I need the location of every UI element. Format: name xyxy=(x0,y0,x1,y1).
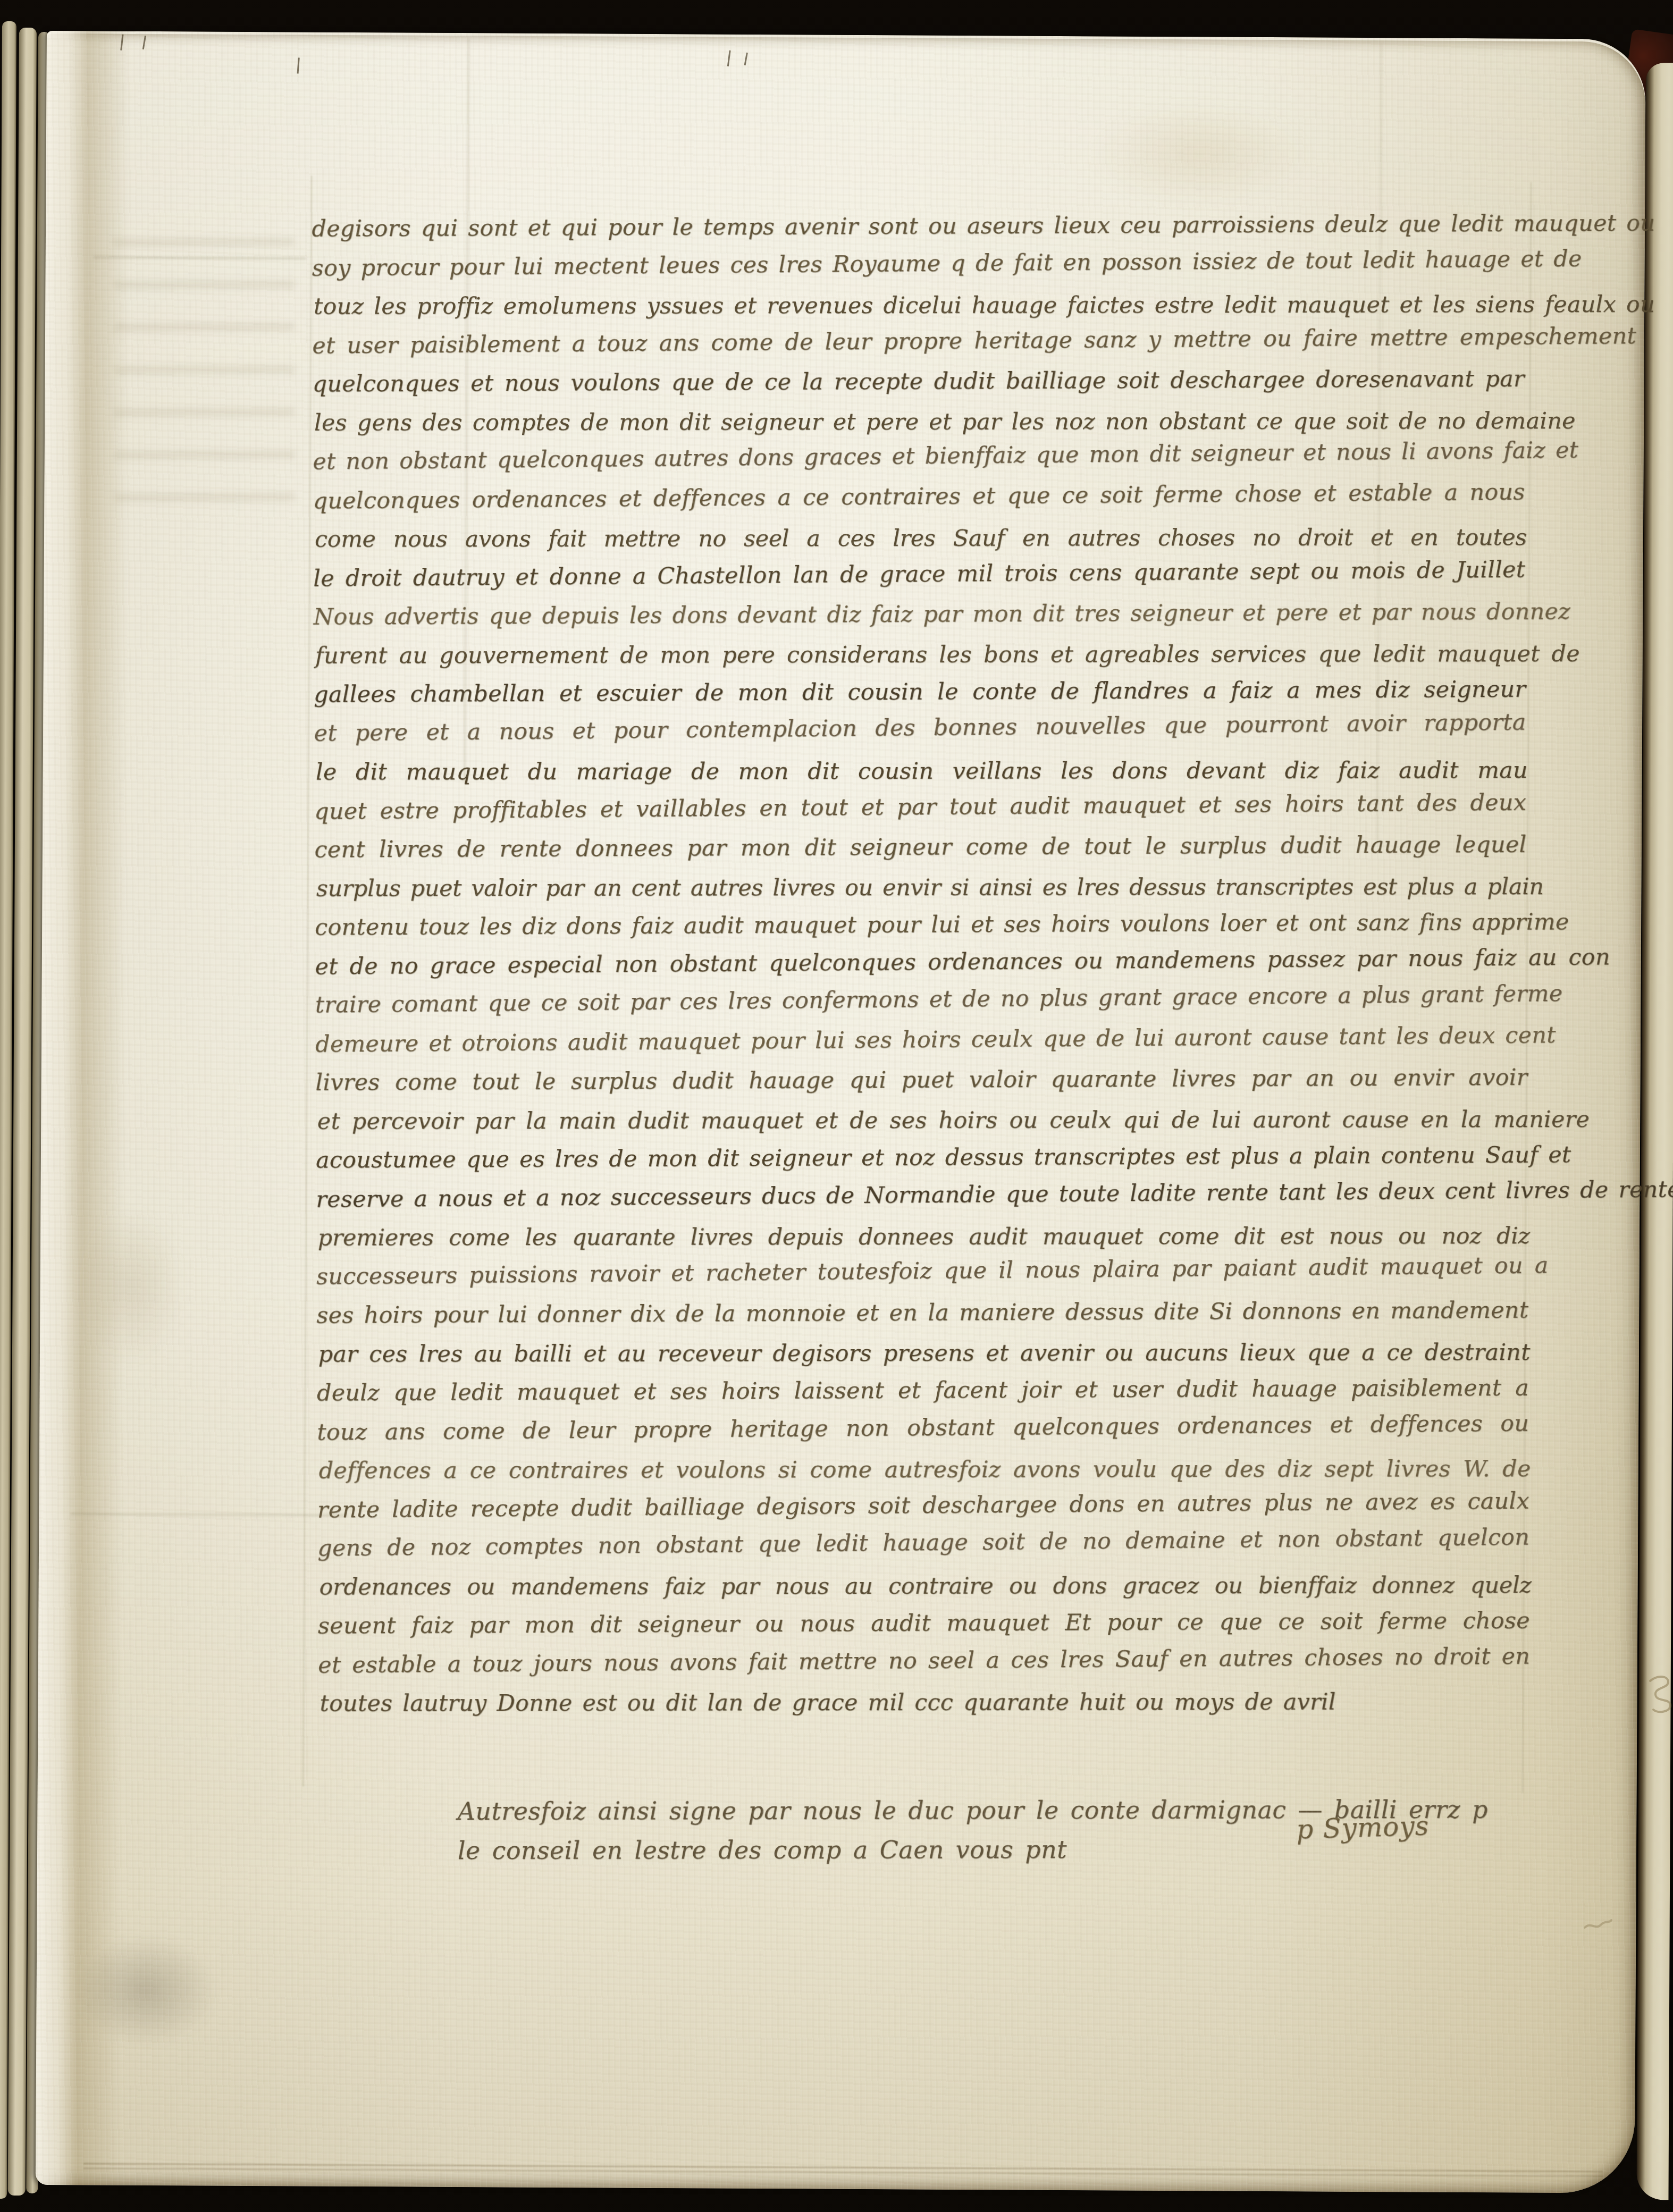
stain xyxy=(73,1934,217,2046)
manuscript-line: surplus puet valoir par an cent autres l… xyxy=(316,868,1528,909)
manuscript-line: demeure et otroions audit mauquet pour l… xyxy=(315,1016,1527,1064)
manuscript-line: et percevoir par la main dudit mauquet e… xyxy=(317,1100,1529,1141)
manuscript-page: degisors qui sont et qui pour le temps a… xyxy=(36,31,1646,2193)
manuscript-line: ses hoirs pour lui donner dix de la monn… xyxy=(316,1291,1528,1335)
stain xyxy=(77,1206,184,1366)
manuscript-line: furent au gouvernement de mon pere consi… xyxy=(315,635,1527,676)
ruling-line xyxy=(302,176,313,1787)
manuscript-line: livres come tout le surplus dudit hauage… xyxy=(315,1058,1527,1103)
edge-nick xyxy=(142,36,146,49)
edge-nick xyxy=(744,53,748,65)
stain xyxy=(1088,100,1312,207)
manuscript-line: quelconques ordenances et deffences a ce… xyxy=(313,473,1525,520)
manuscript-line: par ces lres au bailli et au receveur de… xyxy=(318,1333,1531,1374)
faint-ink-mark xyxy=(1583,1916,1613,1936)
text-block: degisors qui sont et qui pour le temps a… xyxy=(312,205,1530,1723)
edge-nick xyxy=(727,51,731,66)
ghost-scribble-mark xyxy=(1647,1673,1673,1718)
edge-nick xyxy=(297,57,300,73)
manuscript-photo: degisors qui sont et qui pour le temps a… xyxy=(0,0,1673,2212)
manuscript-line: quelconques et nous voulons que de ce la… xyxy=(313,360,1525,404)
manuscript-line: toutes lautruy Donne est ou dit lan de g… xyxy=(320,1683,1532,1723)
clerk-signature: p Symoys xyxy=(1296,1810,1430,1845)
manuscript-line: cent livres de rente donnees par mon dit… xyxy=(314,826,1526,870)
under-page-edges xyxy=(83,2163,1603,2179)
verso-bleedthrough xyxy=(114,239,296,526)
manuscript-line: Nous advertis que depuis les dons devant… xyxy=(313,593,1525,637)
manuscript-line: ordenances ou mandemens faiz par nous au… xyxy=(319,1566,1531,1607)
